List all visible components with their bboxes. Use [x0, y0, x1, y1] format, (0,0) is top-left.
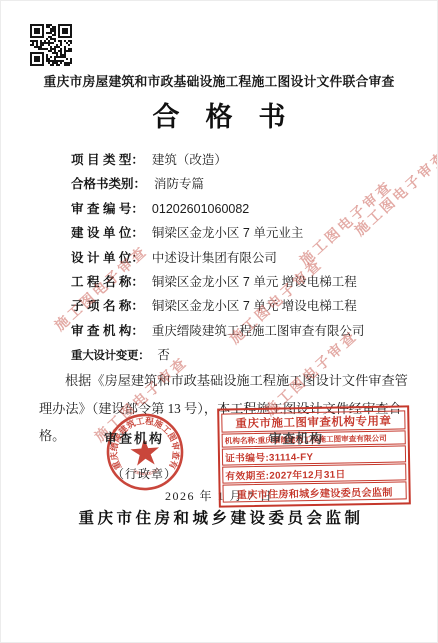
- field-label: 设 计 单 位：: [71, 251, 144, 265]
- qr-code: [30, 24, 72, 66]
- field-label: 工 程 名 称：: [71, 275, 144, 289]
- field-value: 重庆缙陵建筑工程施工图审查有限公司: [152, 324, 365, 338]
- field-value: 建筑（改造）: [152, 153, 227, 167]
- field-label: 重大设计变更：: [71, 350, 149, 362]
- field-row-major-design-change: 重大设计变更：否: [71, 343, 427, 367]
- stamp-cert-value: 31114-FY: [269, 452, 314, 464]
- stamp-valid-label: 有效期至:: [225, 470, 269, 482]
- field-value: 中述设计集团有限公司: [152, 251, 277, 265]
- seal-caption-line1: 审查机构: [104, 428, 164, 447]
- field-value: 否: [157, 348, 170, 362]
- field-value: 01202601060082: [152, 202, 249, 216]
- field-row-review-agency: 审 查 机 构：重庆缙陵建筑工程施工图审查有限公司: [71, 319, 427, 343]
- field-row-construction-unit: 建 设 单 位：铜梁区金龙小区 7 单元业主: [71, 221, 427, 245]
- review-agency-stamp-box: 重庆市施工图审查机构专用章 机构名称:重庆缙陵建筑工程施工图审查有限公司 证书编…: [217, 405, 411, 507]
- stamp-cert-label: 证书编号:: [225, 452, 269, 464]
- fields-section: 项 目 类 型：建筑（改造） 合格书类别：消防专篇 审 查 编 号：012026…: [71, 148, 427, 368]
- stamp-footer: 重庆市住房和城乡建设委员会监制: [222, 481, 406, 502]
- stamp-cert-row: 证书编号:31114-FY: [222, 445, 406, 465]
- stamp-valid-row: 有效期至:2027年12月31日: [222, 463, 406, 483]
- seal-caption-line2: （行政章）: [112, 465, 177, 482]
- stamp-org-label: 机构名称:: [225, 435, 258, 445]
- field-value: 铜梁区金龙小区 7 单元 增设电梯工程: [152, 275, 357, 289]
- field-label: 子 项 名 称：: [71, 299, 144, 313]
- field-value: 消防专篇: [154, 177, 204, 191]
- field-row-project-type: 项 目 类 型：建筑（改造）: [71, 148, 427, 172]
- field-value: 铜梁区金龙小区 7 单元业主: [152, 226, 303, 240]
- document-title: 合格书: [1, 95, 437, 134]
- field-row-project-name: 工 程 名 称：铜梁区金龙小区 7 单元 增设电梯工程: [71, 270, 427, 294]
- field-row-design-unit: 设 计 单 位：中述设计集团有限公司: [71, 246, 427, 270]
- field-value: 铜梁区金龙小区 7 单元 增设电梯工程: [152, 299, 357, 313]
- field-label: 项 目 类 型：: [71, 153, 144, 167]
- stamp-overlay-caption: 审查机构: [269, 429, 323, 447]
- field-row-review-number: 审 查 编 号：01202601060082: [71, 197, 427, 221]
- supervising-authority-line: 重庆市住房和城乡建设委员会监制: [1, 506, 437, 528]
- field-label: 合格书类别：: [71, 177, 146, 191]
- stamp-valid-value: 2027年12月31日: [269, 469, 345, 481]
- certificate-page: 重庆市房屋建筑和市政基础设施工程施工图设计文件联合审查 合格书 项 目 类 型：…: [0, 0, 438, 643]
- field-row-certificate-category: 合格书类别：消防专篇: [71, 172, 427, 196]
- field-label: 审 查 机 构：: [71, 324, 144, 338]
- field-label: 审 查 编 号：: [71, 202, 144, 216]
- field-label: 建 设 单 位：: [71, 226, 144, 240]
- field-row-subitem-name: 子 项 名 称：铜梁区金龙小区 7 单元 增设电梯工程: [71, 294, 427, 318]
- document-subtitle: 重庆市房屋建筑和市政基础设施工程施工图设计文件联合审查: [1, 71, 437, 90]
